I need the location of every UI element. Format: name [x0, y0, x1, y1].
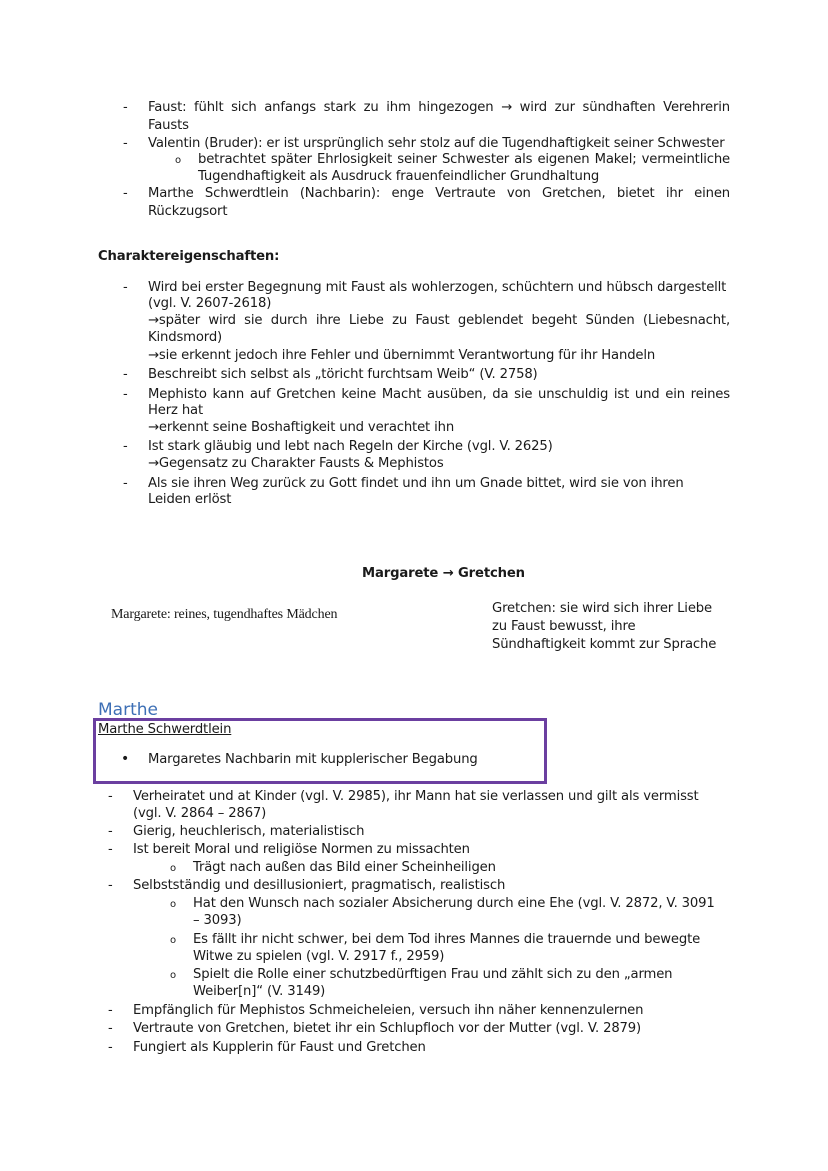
comparison-right-line: Sündhaftigkeit kommt zur Sprache: [492, 636, 716, 654]
list-item-line: Beschreibt sich selbst als „töricht furc…: [148, 366, 538, 384]
sublist-item-line: Tugendhaftigkeit als Ausdruck frauenfein…: [198, 168, 599, 186]
list-dash: -: [123, 386, 128, 404]
list-item-line: Wird bei erster Begegnung mit Faust als …: [148, 279, 726, 297]
list-item-line: Als sie ihren Weg zurück zu Gott findet …: [148, 475, 684, 493]
list-item-line: Marthe Schwerdtlein (Nachbarin): enge Ve…: [148, 185, 730, 203]
list-item-line: Gierig, heuchlerisch, materialistisch: [133, 823, 364, 841]
list-item-line: Fungiert als Kupplerin für Faust und Gre…: [133, 1039, 426, 1057]
sublist-circle: o: [170, 932, 176, 950]
list-item-line: →erkennt seine Boshaftigkeit und veracht…: [148, 419, 454, 437]
comparison-title: Margarete → Gretchen: [362, 565, 525, 583]
list-item-line: Verheiratet und at Kinder (vgl. V. 2985)…: [133, 788, 699, 806]
list-item-line: Vertraute von Gretchen, bietet ihr ein S…: [133, 1020, 641, 1038]
list-dash: -: [123, 475, 128, 493]
list-item-line: Kindsmord): [148, 329, 222, 347]
list-dash: -: [108, 788, 113, 806]
comparison-right-line: zu Faust bewusst, ihre: [492, 618, 635, 636]
sublist-item-line: – 3093): [193, 912, 241, 930]
sublist-item-line: betrachtet später Ehrlosigkeit seiner Sc…: [198, 151, 730, 169]
list-dash: -: [123, 135, 128, 153]
list-dash: -: [108, 1039, 113, 1057]
bullet-dot: •: [121, 751, 129, 769]
sublist-item-line: Weiber[n]“ (V. 3149): [193, 983, 325, 1001]
document-page: - Faust: fühlt sich anfangs stark zu ihm…: [0, 0, 828, 1171]
sublist-circle: o: [170, 860, 176, 878]
list-dash: -: [123, 185, 128, 203]
section-heading: Charaktereigenschaften:: [98, 248, 279, 266]
list-dash: -: [123, 99, 128, 117]
list-item-line: Mephisto kann auf Gretchen keine Macht a…: [148, 386, 730, 404]
comparison-left: Margarete: reines, tugendhaftes Mädchen: [111, 606, 337, 624]
list-item-line: Rückzugsort: [148, 203, 227, 221]
list-item-line: →Gegensatz zu Charakter Fausts & Mephist…: [148, 455, 444, 473]
list-item-line: →später wird sie durch ihre Liebe zu Fau…: [148, 312, 730, 330]
list-item-line: Selbstständig und desillusioniert, pragm…: [133, 877, 505, 895]
list-item-line: Leiden erlöst: [148, 491, 231, 509]
list-dash: -: [108, 1020, 113, 1038]
sublist-item-line: Es fällt ihr nicht schwer, bei dem Tod i…: [193, 931, 700, 949]
sublist-circle: o: [170, 896, 176, 914]
list-dash: -: [123, 438, 128, 456]
list-item-line: Herz hat: [148, 402, 203, 420]
list-dash: -: [108, 841, 113, 859]
list-dash: -: [108, 877, 113, 895]
list-item-line: Valentin (Bruder): er ist ursprünglich s…: [148, 135, 725, 153]
sublist-item-line: Trägt nach außen das Bild einer Scheinhe…: [193, 859, 496, 877]
list-dash: -: [123, 279, 128, 297]
list-item-line: Empfänglich für Mephistos Schmeicheleien…: [133, 1002, 643, 1020]
sublist-circle: o: [175, 152, 181, 170]
list-item-line: (vgl. V. 2864 – 2867): [133, 805, 266, 823]
list-item-line: Fausts: [148, 117, 189, 135]
list-item-line: Faust: fühlt sich anfangs stark zu ihm h…: [148, 99, 730, 117]
comparison-right-line: Gretchen: sie wird sich ihrer Liebe: [492, 600, 712, 618]
box-title: Marthe Schwerdtlein: [98, 721, 231, 739]
list-item-line: (vgl. V. 2607-2618): [148, 295, 271, 313]
sublist-item-line: Hat den Wunsch nach sozialer Absicherung…: [193, 895, 715, 913]
list-dash: -: [108, 1002, 113, 1020]
list-item-line: →sie erkennt jedoch ihre Fehler und über…: [148, 347, 655, 365]
sublist-circle: o: [170, 967, 176, 985]
sublist-item-line: Spielt die Rolle einer schutzbedürftigen…: [193, 966, 672, 984]
list-item-line: Ist stark gläubig und lebt nach Regeln d…: [148, 438, 553, 456]
sublist-item-line: Witwe zu spielen (vgl. V. 2917 f., 2959): [193, 948, 444, 966]
box-bullet-text: Margaretes Nachbarin mit kupplerischer B…: [148, 751, 478, 769]
list-item-line: Ist bereit Moral und religiöse Normen zu…: [133, 841, 470, 859]
list-dash: -: [108, 823, 113, 841]
list-dash: -: [123, 366, 128, 384]
